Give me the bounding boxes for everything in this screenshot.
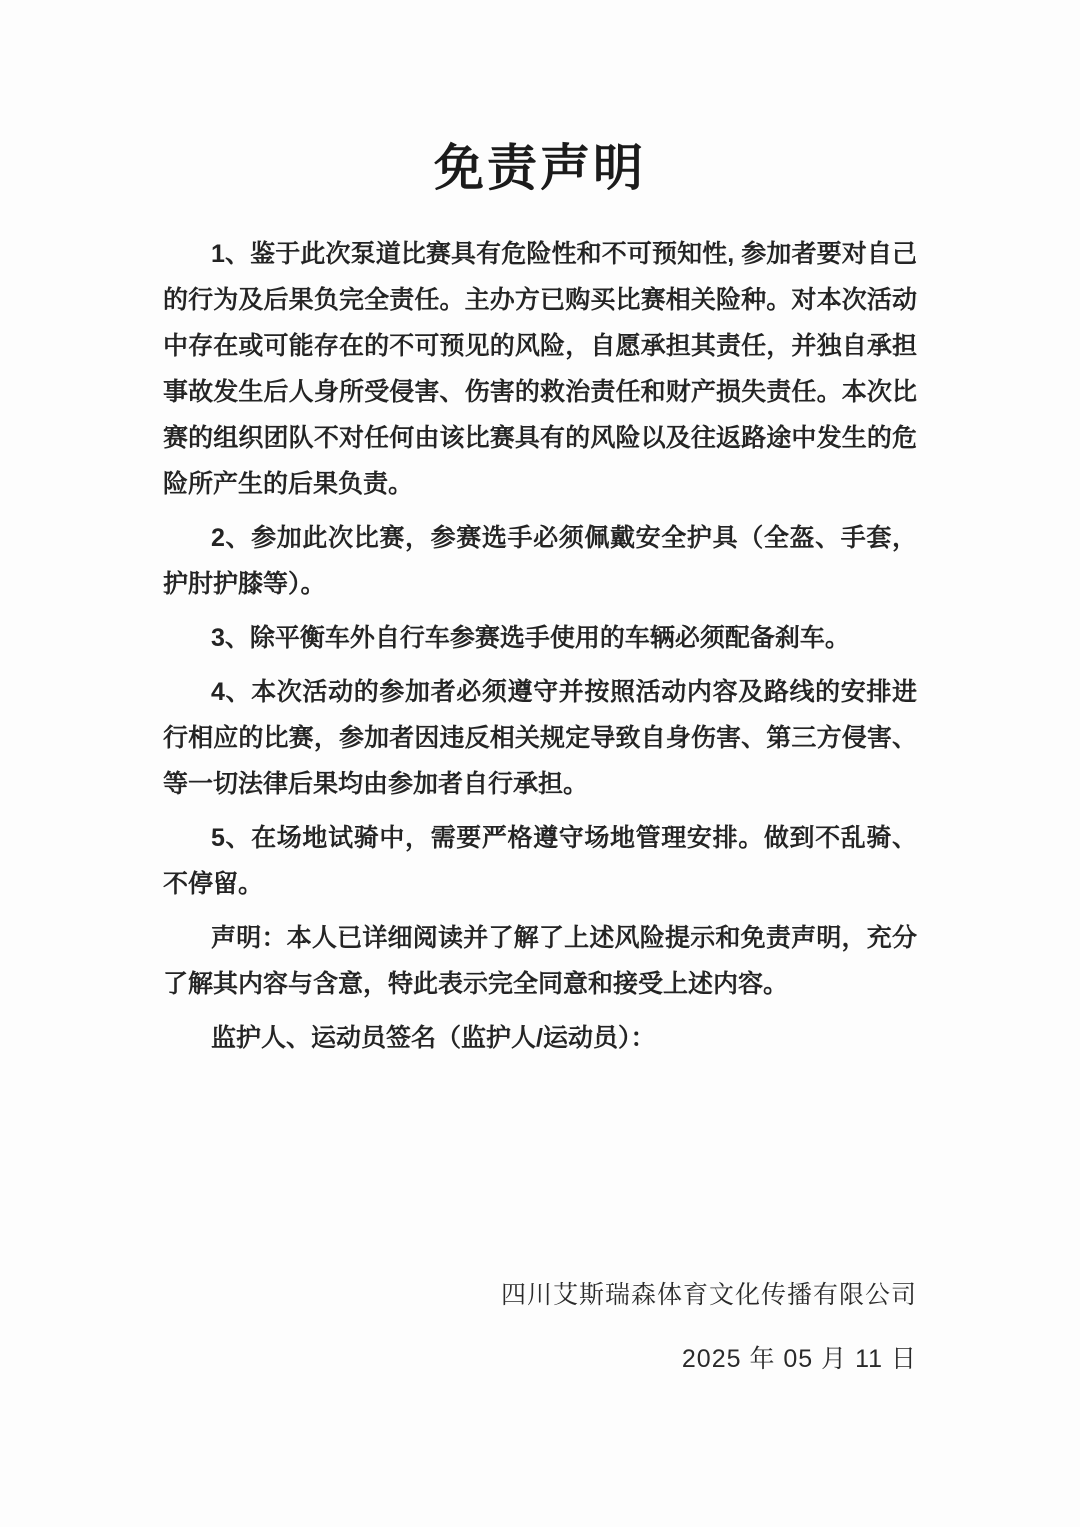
document-footer: 四川艾斯瑞森体育文化传播有限公司 2025 年 05 月 11 日 <box>501 1272 917 1382</box>
document-date: 2025 年 05 月 11 日 <box>501 1336 917 1382</box>
document-body: 1、鉴于此次泵道比赛具有危险性和不可预知性, 参加者要对自己的行为及后果负完全责… <box>163 231 917 1061</box>
company-name: 四川艾斯瑞森体育文化传播有限公司 <box>501 1272 917 1318</box>
clause-2-paragraph: 2、参加此次比赛，参赛选手必须佩戴安全护具（全盔、手套，护肘护膝等）。 <box>163 515 917 607</box>
clause-5-paragraph: 5、在场地试骑中，需要严格遵守场地管理安排。做到不乱骑、不停留。 <box>163 815 917 907</box>
clause-4-paragraph: 4、本次活动的参加者必须遵守并按照活动内容及路线的安排进行相应的比赛，参加者因违… <box>163 669 917 807</box>
document-title: 免责声明 <box>0 0 1080 198</box>
signature-line: 监护人、运动员签名（监护人/运动员）： <box>163 1015 917 1061</box>
declaration-paragraph: 声明：本人已详细阅读并了解了上述风险提示和免责声明，充分了解其内容与含意，特此表… <box>163 915 917 1007</box>
clause-3-paragraph: 3、除平衡车外自行车参赛选手使用的车辆必须配备刹车。 <box>163 615 917 661</box>
disclaimer-document-page: 免责声明 1、鉴于此次泵道比赛具有危险性和不可预知性, 参加者要对自己的行为及后… <box>0 0 1080 1527</box>
clause-1-paragraph: 1、鉴于此次泵道比赛具有危险性和不可预知性, 参加者要对自己的行为及后果负完全责… <box>163 231 917 507</box>
